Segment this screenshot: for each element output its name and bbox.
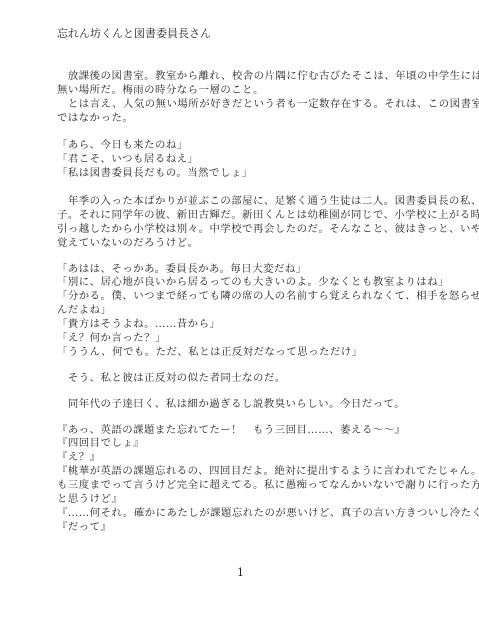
dialogue-line: 『桃華が英語の課題忘れるの、四回目だよ。絶対に提出するように言われてたじゃん。仏… [57, 465, 417, 479]
dialogue-line: 「ううん、何でも。ただ、私とは正反対だなって思っただけ」 [57, 346, 417, 360]
dialogue-line: 「私は図書委員長だもの。当然でしょ」 [57, 167, 417, 181]
text-line: 子。それに同学年の彼、新田古輝だ。新田くんとは幼稚園が同じで、小学校に上がる時、… [57, 209, 417, 223]
dialogue-line: 「別に、居心地が良いから居るってのも大きいのよ。少なくとも教室よりはね」 [57, 276, 417, 290]
text-line: 引っ越したから小学校は別々。中学校で再会したのだ。そんなこと、彼はきっと、いや絶… [57, 223, 417, 237]
text-line: とは言え、人気の無い場所が好きだという者も一定数存在する。それは、この図書室も例… [57, 98, 417, 112]
dialogue-line: 『四回目でしょ』 [57, 437, 417, 451]
dialogue-line: 「あら、今日も来たのね」 [57, 139, 417, 153]
text-line: そう、私と彼は正反対の似た者同士なのだ。 [57, 372, 417, 386]
dialogue-line: 「あはは、そっかあ。委員長かあ。毎日大変だね」 [57, 263, 417, 277]
dialogue-line: 『あっ、英語の課題また忘れてたー！ もう三回目……、萎える～～』 [57, 424, 417, 438]
text-line: ではなかった。 [57, 112, 417, 126]
text-line: 覚えていないのだろうけど。 [57, 237, 417, 251]
text-line: 年季の入った本ばかりが並ぶこの部屋に、足繁く通う生徒は二人。図書委員長の私、黒木… [57, 195, 417, 209]
dialogue-line: も三度までって言うけど完全に超えてる。私に愚痴ってなんかいないで謝りに行った方が… [57, 479, 417, 493]
blank-line [57, 360, 417, 372]
dialogue-line: 『だって』 [57, 521, 417, 535]
text-line: 無い場所だ。梅雨の時分なら一層のこと。 [57, 84, 417, 98]
blank-line [57, 251, 417, 263]
blank-line [57, 412, 417, 424]
text-line: 同年代の子達曰く、私は細か過ぎるし説教臭いらしい。今日だって。 [57, 398, 417, 412]
dialogue-line: 「え？何か言った？」 [57, 332, 417, 346]
blank-line [57, 181, 417, 195]
dialogue-line: 「君こそ、いつも居るねえ」 [57, 153, 417, 167]
dialogue-line: と思うけど』 [57, 493, 417, 507]
blank-line [57, 126, 417, 140]
dialogue-line: 『……何それ。確かにあたしが課題忘れたのが悪いけど、真子の言い方きついし冷たくな… [57, 507, 417, 521]
document-title: 忘れん坊くんと図書委員長さん [57, 27, 211, 41]
dialogue-line: 「分かる。僕、いつまで経っても隣の席の人の名前すら覚えられなくて、相手を怒らせち… [57, 290, 417, 304]
text-line: 放課後の図書室。教室から離れ、校舎の片隅に佇む古びたそこは、年頃の中学生には人気… [57, 70, 417, 84]
dialogue-line: んだよね」 [57, 304, 417, 318]
document-body: 放課後の図書室。教室から離れ、校舎の片隅に佇む古びたそこは、年頃の中学生には人気… [57, 70, 417, 535]
page-number: 1 [237, 566, 244, 580]
dialogue-line: 『え？』 [57, 451, 417, 465]
dialogue-line: 「貴方はそうよね。……昔から」 [57, 318, 417, 332]
blank-line [57, 386, 417, 398]
